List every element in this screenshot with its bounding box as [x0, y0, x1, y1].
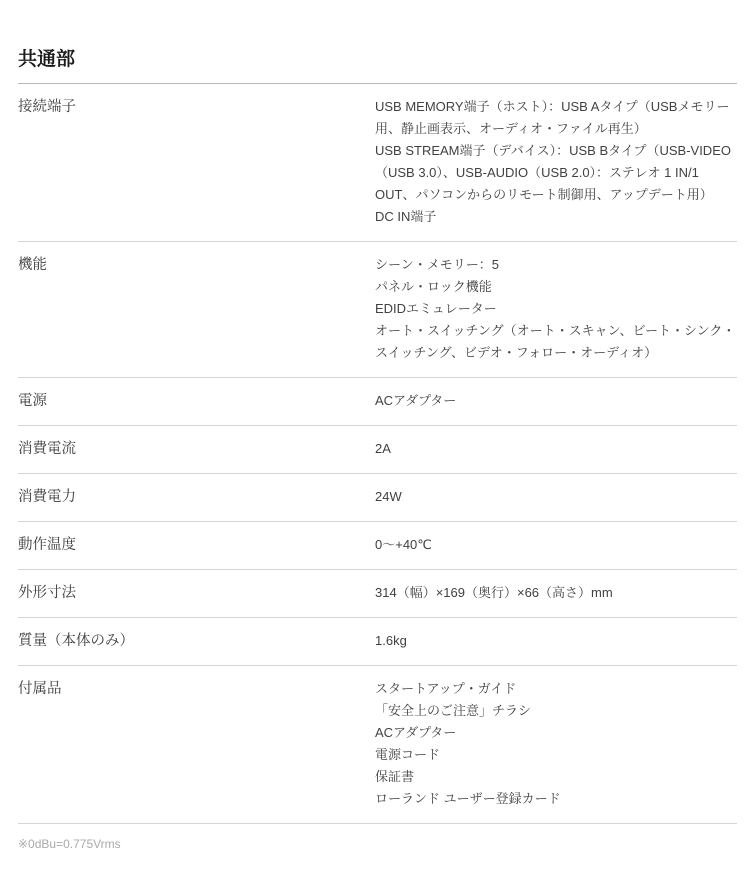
- section-title: 共通部: [18, 0, 737, 83]
- spec-value-line: 0～+40℃: [375, 534, 737, 556]
- spec-value-line: 1.6kg: [375, 630, 737, 652]
- spec-row-label: 電源: [18, 390, 375, 412]
- spec-row: 消費電力 24W: [18, 474, 737, 522]
- spec-table: 接続端子 USB MEMORY端子（ホスト）：USB Aタイプ（USBメモリー用…: [18, 84, 737, 824]
- spec-row-value: 314（幅）×169（奥行）×66（高さ）mm: [375, 582, 737, 604]
- spec-row-value: シーン・メモリー：5パネル・ロック機能EDIDエミュレーターオート・スイッチング…: [375, 254, 737, 364]
- spec-row-value: 1.6kg: [375, 630, 737, 652]
- spec-value-line: 2A: [375, 438, 737, 460]
- spec-row-label: 付属品: [18, 678, 375, 700]
- spec-value-line: 314（幅）×169（奥行）×66（高さ）mm: [375, 582, 737, 604]
- spec-row: 外形寸法 314（幅）×169（奥行）×66（高さ）mm: [18, 570, 737, 618]
- spec-row: 接続端子 USB MEMORY端子（ホスト）：USB Aタイプ（USBメモリー用…: [18, 84, 737, 242]
- spec-row-label: 消費電流: [18, 438, 375, 460]
- spec-row: 電源 ACアダプター: [18, 378, 737, 426]
- spec-row-label: 消費電力: [18, 486, 375, 508]
- spec-row: 付属品 スタートアップ・ガイド「安全上のご注意」チラシACアダプター電源コード保…: [18, 666, 737, 824]
- spec-value-line: 電源コード: [375, 744, 737, 766]
- spec-row: 機能 シーン・メモリー：5パネル・ロック機能EDIDエミュレーターオート・スイッ…: [18, 242, 737, 378]
- spec-value-line: オート・スイッチング（オート・スキャン、ビート・シンク・スイッチング、ビデオ・フ…: [375, 320, 737, 364]
- spec-row-label: 接続端子: [18, 96, 375, 118]
- spec-row-value: ACアダプター: [375, 390, 737, 412]
- spec-row: 動作温度 0～+40℃: [18, 522, 737, 570]
- spec-page: 共通部 接続端子 USB MEMORY端子（ホスト）：USB Aタイプ（USBメ…: [0, 0, 750, 872]
- spec-value-line: USB STREAM端子（デバイス）：USB Bタイプ（USB-VIDEO（US…: [375, 140, 737, 206]
- spec-value-line: 保証書: [375, 766, 737, 788]
- spec-row: 質量（本体のみ） 1.6kg: [18, 618, 737, 666]
- spec-value-line: スタートアップ・ガイド: [375, 678, 737, 700]
- spec-value-line: ローランド ユーザー登録カード: [375, 788, 737, 810]
- spec-value-line: EDIDエミュレーター: [375, 298, 737, 320]
- spec-value-line: ACアダプター: [375, 722, 737, 744]
- spec-value-line: ACアダプター: [375, 390, 737, 412]
- spec-row-label: 外形寸法: [18, 582, 375, 604]
- spec-row-label: 質量（本体のみ）: [18, 630, 375, 652]
- spec-value-line: 24W: [375, 486, 737, 508]
- spec-row-label: 機能: [18, 254, 375, 276]
- spec-row-value: 2A: [375, 438, 737, 460]
- spec-value-line: USB MEMORY端子（ホスト）：USB Aタイプ（USBメモリー用、静止画表…: [375, 96, 737, 140]
- spec-row: 消費電流 2A: [18, 426, 737, 474]
- spec-value-line: パネル・ロック機能: [375, 276, 737, 298]
- spec-value-line: シーン・メモリー：5: [375, 254, 737, 276]
- spec-row-value: 24W: [375, 486, 737, 508]
- footnote: ※0dBu=0.775Vrms: [18, 836, 737, 852]
- spec-row-value: スタートアップ・ガイド「安全上のご注意」チラシACアダプター電源コード保証書ロー…: [375, 678, 737, 810]
- spec-value-line: 「安全上のご注意」チラシ: [375, 700, 737, 722]
- spec-value-line: DC IN端子: [375, 206, 737, 228]
- spec-row-value: 0～+40℃: [375, 534, 737, 556]
- spec-row-value: USB MEMORY端子（ホスト）：USB Aタイプ（USBメモリー用、静止画表…: [375, 96, 737, 228]
- spec-row-label: 動作温度: [18, 534, 375, 556]
